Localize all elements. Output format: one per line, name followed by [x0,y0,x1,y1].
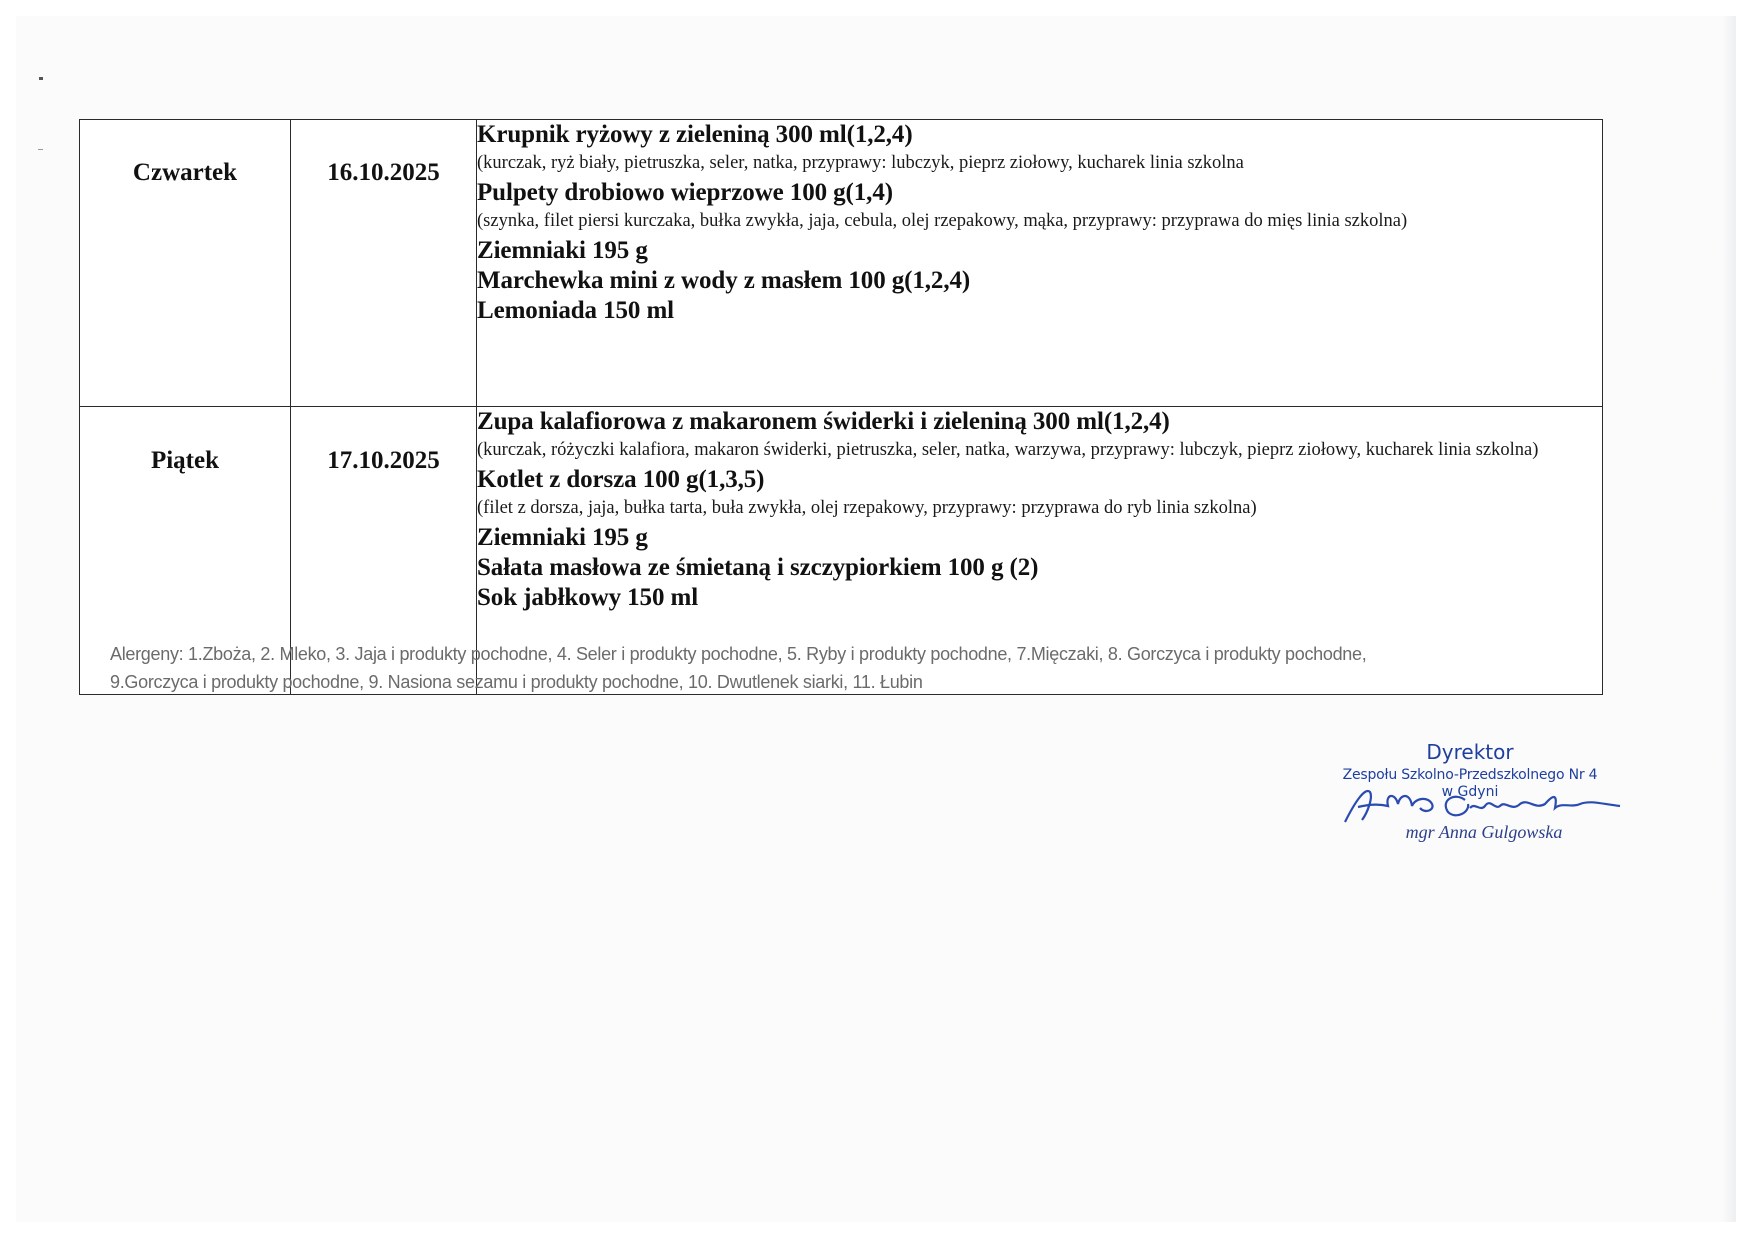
menu-table: Czwartek 16.10.2025 Krupnik ryżowy z zie… [79,119,1603,695]
dish-name: Marchewka mini z wody z masłem 100 g(1,2… [477,266,1602,296]
dish-name: Sałata masłowa ze śmietaną i szczypiorki… [477,553,1602,583]
dish-name: Ziemniaki 195 g [477,236,1602,266]
page-edge-shadow [1722,16,1736,1222]
menu-cell: Krupnik ryżowy z zieleniną 300 ml(1,2,4)… [477,120,1603,407]
dish-name: Ziemniaki 195 g [477,523,1602,553]
director-stamp: Dyrektor Zespołu Szkolno-Przedszkolnego … [1300,740,1640,855]
day-cell: Czwartek [80,120,291,407]
dish-ingredients: (kurczak, ryż biały, pietruszka, seler, … [477,150,1602,176]
dish-name: Krupnik ryżowy z zieleniną 300 ml(1,2,4) [477,120,1602,150]
allergen-line: Alergeny: 1.Zboża, 2. Mleko, 3. Jaja i p… [110,640,1630,668]
handwritten-signature-icon [1340,782,1630,827]
dish-name: Kotlet z dorsza 100 g(1,3,5) [477,465,1602,495]
stamp-title: Dyrektor [1300,740,1640,764]
dish-ingredients: (filet z dorsza, jaja, bułka tarta, buła… [477,495,1602,521]
scan-artifact-dash [38,149,43,150]
date-cell: 16.10.2025 [291,120,477,407]
stamp-name: mgr Anna Gulgowska [1328,822,1640,843]
dish-ingredients: (szynka, filet piersi kurczaka, bułka zw… [477,208,1602,234]
scan-artifact-dot [39,77,43,80]
dish-name: Zupa kalafiorowa z makaronem świderki i … [477,407,1602,437]
dish-ingredients: (kurczak, różyczki kalafiora, makaron św… [477,437,1602,463]
allergen-legend: Alergeny: 1.Zboża, 2. Mleko, 3. Jaja i p… [110,640,1630,696]
dish-name: Pulpety drobiowo wieprzowe 100 g(1,4) [477,178,1602,208]
allergen-line: 9.Gorczyca i produkty pochodne, 9. Nasio… [110,668,1630,696]
dish-name: Sok jabłkowy 150 ml [477,583,1602,613]
table-row: Czwartek 16.10.2025 Krupnik ryżowy z zie… [80,120,1603,407]
dish-name: Lemoniada 150 ml [477,296,1602,326]
